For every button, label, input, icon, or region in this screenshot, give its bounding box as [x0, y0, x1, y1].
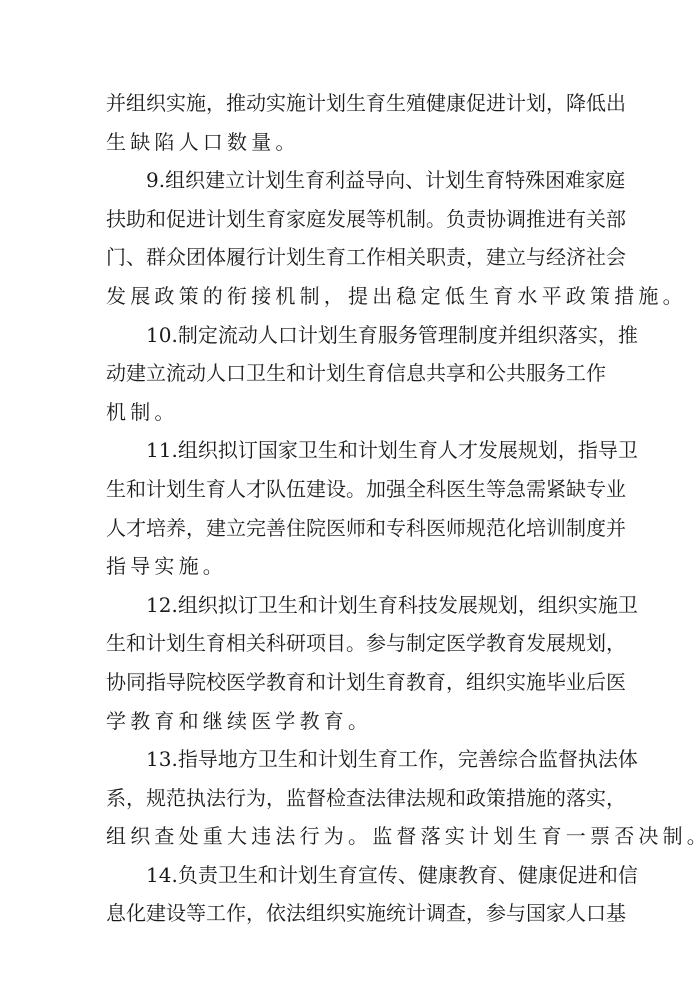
- text-line: 10.制定流动人口计划生育服务管理制度并组织落实，推: [106, 320, 596, 359]
- text-line: 组织查处重大违法行为。监督落实计划生育一票否决制。: [106, 821, 596, 860]
- body-text: 并组织实施，推动实施计划生育生殖健康促进计划，降低出生缺陷人口数量。9.组织建立…: [106, 88, 596, 937]
- text-line: 扶助和促进计划生育家庭发展等机制。负责协调推进有关部: [106, 204, 596, 243]
- text-line: 机制。: [106, 397, 596, 436]
- page-number: 5: [344, 903, 356, 919]
- text-line: 并组织实施，推动实施计划生育生殖健康促进计划，降低出: [106, 88, 596, 127]
- text-line: 9.组织建立计划生育利益导向、计划生育特殊困难家庭: [106, 165, 596, 204]
- text-line: 生和计划生育相关科研项目。参与制定医学教育发展规划，: [106, 628, 596, 667]
- text-line: 人才培养，建立完善住院医师和专科医师规范化培训制度并: [106, 513, 596, 552]
- text-line: 12.组织拟订卫生和计划生育科技发展规划，组织实施卫: [106, 590, 596, 629]
- text-line: 11.组织拟订国家卫生和计划生育人才发展规划，指导卫: [106, 435, 596, 474]
- text-line: 13.指导地方卫生和计划生育工作，完善综合监督执法体: [106, 744, 596, 783]
- text-line: 门、群众团体履行计划生育工作相关职责，建立与经济社会: [106, 242, 596, 281]
- text-line: 系，规范执法行为，监督检查法律法规和政策措施的落实，: [106, 783, 596, 822]
- text-line: 协同指导院校医学教育和计划生育教育，组织实施毕业后医: [106, 667, 596, 706]
- text-line: 生和计划生育人才队伍建设。加强全科医生等急需紧缺专业: [106, 474, 596, 513]
- text-line: 指导实施。: [106, 551, 596, 590]
- text-line: 发展政策的衔接机制，提出稳定低生育水平政策措施。: [106, 281, 596, 320]
- text-line: 14.负责卫生和计划生育宣传、健康教育、健康促进和信: [106, 860, 596, 899]
- document-page: 并组织实施，推动实施计划生育生殖健康促进计划，降低出生缺陷人口数量。9.组织建立…: [0, 0, 700, 989]
- text-line: 动建立流动人口卫生和计划生育信息共享和公共服务工作: [106, 358, 596, 397]
- text-line: 生缺陷人口数量。: [106, 127, 596, 166]
- text-line: 学教育和继续医学教育。: [106, 706, 596, 745]
